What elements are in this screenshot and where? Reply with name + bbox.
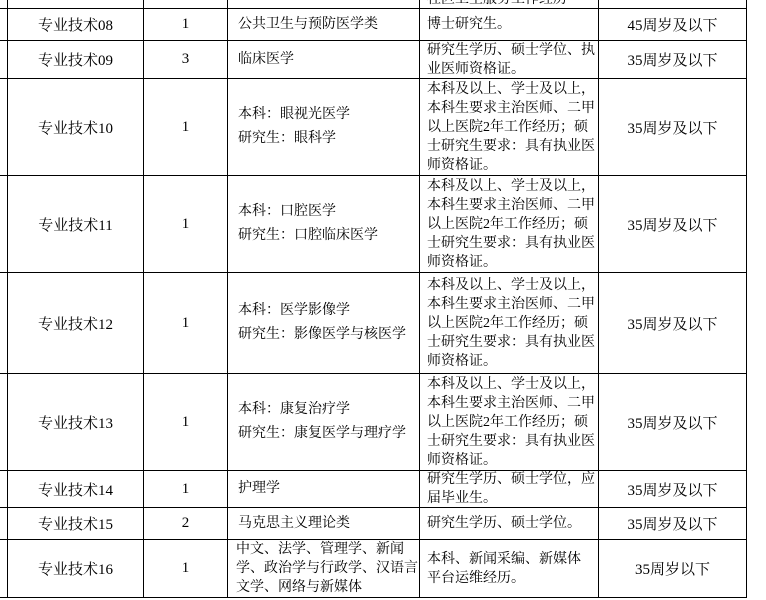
age-cell: 35周岁及以下	[598, 78, 747, 175]
requirement-cell: 博士研究生。	[419, 8, 598, 40]
age-cell	[598, 0, 747, 8]
cropped-cell	[0, 40, 7, 78]
requirement-cell: 研究生学历、硕士学位，应 届毕业生。	[419, 470, 598, 507]
major-cell: 本科：口腔医学 研究生：口腔临床医学	[227, 175, 419, 272]
cropped-cell	[0, 272, 7, 373]
age-cell: 35周岁及以下	[598, 272, 747, 373]
count-cell: 1	[143, 373, 227, 470]
count-cell: 1	[143, 8, 227, 40]
position-cell: 专业技术13	[7, 373, 143, 470]
position-cell: 专业技术15	[7, 507, 143, 539]
cropped-cell	[0, 507, 7, 539]
cropped-cell	[0, 0, 7, 8]
requirement-cell-cropped: 社区卫生服务工作经历	[419, 0, 598, 8]
count-cell	[143, 0, 227, 8]
requirement-cell: 本科及以上、学士及以上， 本科生要求主治医师、二甲 以上医院2年工作经历；硕 士…	[419, 78, 598, 175]
cropped-cell	[0, 78, 7, 175]
major-cell: 临床医学	[227, 40, 419, 78]
recruitment-positions-table: 社区卫生服务工作经历 专业技术08 1 公共卫生与预防医学类 博士研究生。 45…	[0, 0, 747, 598]
count-cell: 1	[143, 78, 227, 175]
position-cell: 专业技术10	[7, 78, 143, 175]
count-cell: 1	[143, 539, 227, 598]
position-cell: 专业技术12	[7, 272, 143, 373]
position-cell	[7, 0, 143, 8]
major-cell: 护理学	[227, 470, 419, 507]
count-cell: 3	[143, 40, 227, 78]
major-cell	[227, 0, 419, 8]
cropped-cell	[0, 539, 7, 598]
requirement-cell: 研究生学历、硕士学位。	[419, 507, 598, 539]
major-cell: 马克思主义理论类	[227, 507, 419, 539]
requirement-cell: 本科、新闻采编、新媒体 平台运维经历。	[419, 539, 598, 598]
requirement-cell: 本科及以上、学士及以上， 本科生要求主治医师、二甲 以上医院2年工作经历；硕 士…	[419, 175, 598, 272]
major-cell: 本科：眼视光医学 研究生：眼科学	[227, 78, 419, 175]
age-cell: 35周岁及以下	[598, 40, 747, 78]
cropped-cell	[0, 175, 7, 272]
cropped-cell	[0, 373, 7, 470]
age-cell: 35周岁及以下	[598, 470, 747, 507]
count-cell: 1	[143, 272, 227, 373]
age-cell: 35周岁及以下	[598, 507, 747, 539]
requirement-cell: 研究生学历、硕士学位、执 业医师资格证。	[419, 40, 598, 78]
requirement-cell: 本科及以上、学士及以上， 本科生要求主治医师、二甲 以上医院2年工作经历；硕 士…	[419, 373, 598, 470]
position-cell: 专业技术11	[7, 175, 143, 272]
major-cell: 本科：医学影像学 研究生：影像医学与核医学	[227, 272, 419, 373]
age-cell: 35周岁以下	[598, 539, 747, 598]
age-cell: 45周岁及以下	[598, 8, 747, 40]
position-cell: 专业技术08	[7, 8, 143, 40]
age-cell: 35周岁及以下	[598, 175, 747, 272]
major-cell: 公共卫生与预防医学类	[227, 8, 419, 40]
cropped-cell	[0, 470, 7, 507]
major-cell: 本科：康复治疗学 研究生：康复医学与理疗学	[227, 373, 419, 470]
position-cell: 专业技术09	[7, 40, 143, 78]
requirement-cell: 本科及以上、学士及以上， 本科生要求主治医师、二甲 以上医院2年工作经历；硕 士…	[419, 272, 598, 373]
age-cell: 35周岁及以下	[598, 373, 747, 470]
count-cell: 2	[143, 507, 227, 539]
count-cell: 1	[143, 175, 227, 272]
cropped-cell	[0, 8, 7, 40]
position-cell: 专业技术14	[7, 470, 143, 507]
count-cell: 1	[143, 470, 227, 507]
position-cell: 专业技术16	[7, 539, 143, 598]
major-cell: 中文、法学、管理学、新闻 学、政治学与行政学、汉语言 文学、网络与新媒体	[227, 539, 419, 598]
